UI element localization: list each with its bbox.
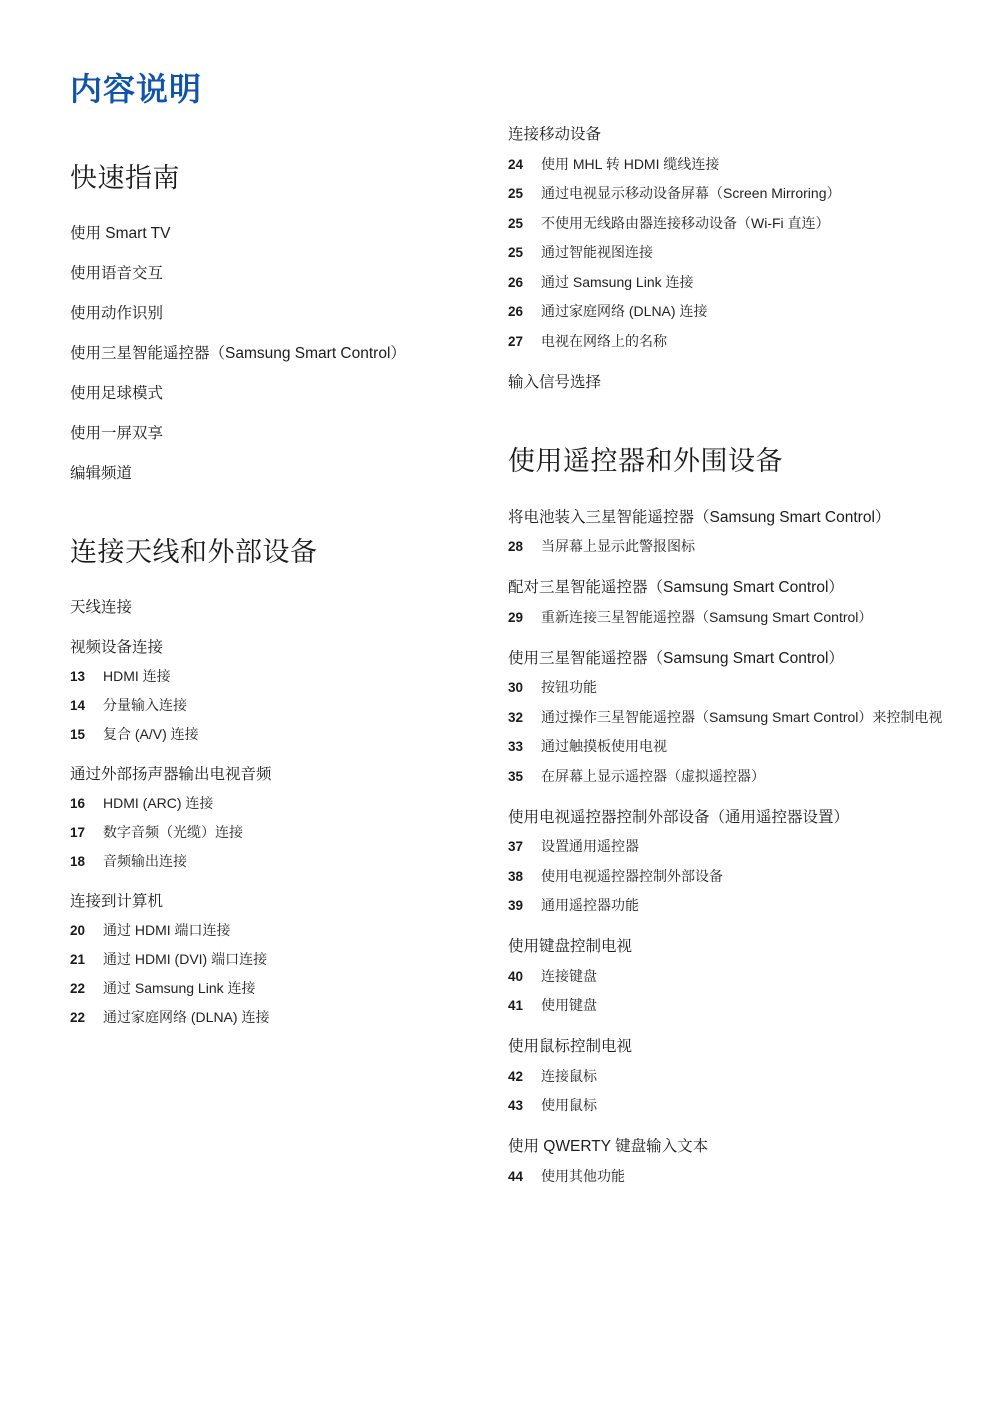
page-title: 内容说明	[70, 70, 202, 108]
toc-entry[interactable]: 25不使用无线路由器连接移动设备（Wi-Fi 直连）	[508, 215, 840, 232]
toc-entry-page-number: 13	[70, 669, 103, 685]
toc-entry-page-number: 21	[70, 952, 103, 968]
toc-entry-page-number: 27	[508, 334, 541, 350]
toc-group-title[interactable]: 视频设备连接	[70, 639, 199, 656]
toc-group-title[interactable]: 使用 QWERTY 键盘输入文本	[508, 1138, 708, 1155]
toc-group: 连接到计算机20通过 HDMI 端口连接21通过 HDMI (DVI) 端口连接…	[70, 893, 269, 1026]
toc-entry-page-number: 25	[508, 216, 541, 232]
toc-entry-label: 通过家庭网络 (DLNA) 连接	[541, 303, 707, 319]
toc-entry-label: 通过触摸板使用电视	[541, 738, 667, 754]
toc-group-title[interactable]: 输入信号选择	[508, 374, 601, 391]
toc-entry-label: 设置通用遥控器	[541, 838, 639, 854]
toc-entry-label: 使用键盘	[541, 997, 597, 1013]
toc-group: 使用语音交互	[70, 265, 163, 282]
toc-entry[interactable]: 38使用电视遥控器控制外部设备	[508, 868, 849, 885]
toc-group-title[interactable]: 通过外部扬声器输出电视音频	[70, 766, 272, 783]
toc-entry-page-number: 43	[508, 1098, 541, 1114]
toc-group: 天线连接	[70, 599, 132, 616]
toc-entry-label: 通过 HDMI 端口连接	[103, 922, 231, 938]
toc-entry-label: 分量输入连接	[103, 697, 187, 713]
toc-entry-page-number: 26	[508, 275, 541, 291]
toc-group: 使用三星智能遥控器（Samsung Smart Control）30按钮功能32…	[508, 650, 942, 785]
toc-entry-page-number: 14	[70, 698, 103, 714]
toc-entry-page-number: 39	[508, 898, 541, 914]
toc-group-title[interactable]: 使用语音交互	[70, 265, 163, 282]
toc-entry-page-number: 29	[508, 610, 541, 626]
toc-entry-page-number: 41	[508, 998, 541, 1014]
toc-entry[interactable]: 15复合 (A/V) 连接	[70, 726, 199, 743]
toc-column-right: 连接移动设备24使用 MHL 转 HDMI 缆线连接25通过电视显示移动设备屏幕…	[508, 126, 970, 1185]
toc-entry-label: HDMI 连接	[103, 668, 171, 684]
toc-group-title[interactable]: 使用动作识别	[70, 305, 163, 322]
toc-entry-label: 连接鼠标	[541, 1068, 597, 1084]
toc-group-title[interactable]: 配对三星智能遥控器（Samsung Smart Control）	[508, 579, 872, 596]
toc-entry-label: 电视在网络上的名称	[541, 333, 667, 349]
toc-group: 视频设备连接13HDMI 连接14分量输入连接15复合 (A/V) 连接	[70, 639, 199, 743]
toc-entry-label: 通过操作三星智能遥控器（Samsung Smart Control）来控制电视	[541, 709, 942, 725]
toc-entry[interactable]: 30按钮功能	[508, 679, 942, 696]
toc-entry-page-number: 20	[70, 923, 103, 939]
toc-entry[interactable]: 24使用 MHL 转 HDMI 缆线连接	[508, 156, 840, 173]
toc-group-title[interactable]: 连接到计算机	[70, 893, 269, 910]
toc-entry-page-number: 37	[508, 839, 541, 855]
toc-entry[interactable]: 17数字音频（光缆）连接	[70, 824, 272, 841]
toc-entry-page-number: 42	[508, 1069, 541, 1085]
toc-entry[interactable]: 21通过 HDMI (DVI) 端口连接	[70, 951, 269, 968]
manual-toc-page: 内容说明快速指南使用 Smart TV使用语音交互使用动作识别使用三星智能遥控器…	[0, 0, 993, 1404]
toc-entry[interactable]: 32通过操作三星智能遥控器（Samsung Smart Control）来控制电…	[508, 709, 942, 726]
toc-entry-page-number: 26	[508, 304, 541, 320]
toc-entry[interactable]: 16HDMI (ARC) 连接	[70, 795, 272, 812]
toc-entry[interactable]: 37设置通用遥控器	[508, 838, 849, 855]
toc-entry-page-number: 40	[508, 969, 541, 985]
toc-group: 使用三星智能遥控器（Samsung Smart Control）	[70, 345, 406, 362]
toc-group-title[interactable]: 编辑频道	[70, 465, 132, 482]
toc-group-title[interactable]: 使用三星智能遥控器（Samsung Smart Control）	[70, 345, 406, 362]
toc-entry[interactable]: 35在屏幕上显示遥控器（虚拟遥控器）	[508, 768, 942, 785]
toc-entry[interactable]: 25通过电视显示移动设备屏幕（Screen Mirroring）	[508, 185, 840, 202]
toc-section-heading[interactable]: 连接天线和外部设备	[70, 536, 318, 568]
toc-entry[interactable]: 18音频输出连接	[70, 853, 272, 870]
toc-entry-label: 使用 MHL 转 HDMI 缆线连接	[541, 156, 719, 172]
toc-group: 编辑频道	[70, 465, 132, 482]
toc-entry[interactable]: 25通过智能视图连接	[508, 244, 840, 261]
toc-entry-page-number: 44	[508, 1169, 541, 1185]
toc-entry-label: 音频输出连接	[103, 853, 187, 869]
toc-entry[interactable]: 43使用鼠标	[508, 1097, 632, 1114]
toc-entry[interactable]: 33通过触摸板使用电视	[508, 738, 942, 755]
toc-entry-page-number: 17	[70, 825, 103, 841]
toc-entry[interactable]: 28当屏幕上显示此警报图标	[508, 538, 890, 555]
toc-entry[interactable]: 42连接鼠标	[508, 1068, 632, 1085]
toc-entry-page-number: 30	[508, 680, 541, 696]
toc-entry-label: 数字音频（光缆）连接	[103, 824, 243, 840]
toc-group: 使用一屏双享	[70, 425, 163, 442]
toc-entry-label: 不使用无线路由器连接移动设备（Wi-Fi 直连）	[541, 215, 830, 231]
toc-group-title[interactable]: 使用电视遥控器控制外部设备（通用遥控器设置）	[508, 809, 849, 826]
toc-entry[interactable]: 27电视在网络上的名称	[508, 333, 840, 350]
toc-entry-page-number: 16	[70, 796, 103, 812]
toc-group-title[interactable]: 连接移动设备	[508, 126, 840, 143]
toc-entry-label: 连接键盘	[541, 968, 597, 984]
toc-entry-label: 通过 Samsung Link 连接	[103, 980, 256, 996]
toc-entry-label: 使用其他功能	[541, 1168, 625, 1184]
toc-entry[interactable]: 13HDMI 连接	[70, 668, 199, 685]
toc-entry-label: 在屏幕上显示遥控器（虚拟遥控器）	[541, 768, 765, 784]
toc-entry[interactable]: 26通过家庭网络 (DLNA) 连接	[508, 303, 840, 320]
toc-group-title[interactable]: 使用一屏双享	[70, 425, 163, 442]
toc-group-title[interactable]: 天线连接	[70, 599, 132, 616]
toc-entry[interactable]: 44使用其他功能	[508, 1168, 708, 1185]
toc-entry-page-number: 25	[508, 245, 541, 261]
toc-group: 使用 QWERTY 键盘输入文本44使用其他功能	[508, 1138, 708, 1185]
toc-entry-page-number: 38	[508, 869, 541, 885]
toc-entry[interactable]: 22通过家庭网络 (DLNA) 连接	[70, 1009, 269, 1026]
toc-group: 使用足球模式	[70, 385, 163, 402]
toc-entry-page-number: 35	[508, 769, 541, 785]
toc-column-left: 内容说明快速指南使用 Smart TV使用语音交互使用动作识别使用三星智能遥控器…	[70, 70, 495, 1026]
toc-entry-page-number: 18	[70, 854, 103, 870]
toc-entry[interactable]: 40连接键盘	[508, 968, 632, 985]
toc-entry-page-number: 25	[508, 186, 541, 202]
toc-group: 将电池装入三星智能遥控器（Samsung Smart Control）28当屏幕…	[508, 509, 890, 556]
toc-group: 通过外部扬声器输出电视音频16HDMI (ARC) 连接17数字音频（光缆）连接…	[70, 766, 272, 870]
toc-entry-label: HDMI (ARC) 连接	[103, 795, 213, 811]
toc-entry-label: 使用电视遥控器控制外部设备	[541, 868, 723, 884]
toc-group: 使用动作识别	[70, 305, 163, 322]
toc-entry-label: 通过智能视图连接	[541, 244, 653, 260]
toc-entry[interactable]: 20通过 HDMI 端口连接	[70, 922, 269, 939]
toc-entry-label: 通过 Samsung Link 连接	[541, 274, 694, 290]
toc-group-title[interactable]: 使用 Smart TV	[70, 225, 170, 242]
toc-entry-page-number: 28	[508, 539, 541, 555]
toc-group-title[interactable]: 将电池装入三星智能遥控器（Samsung Smart Control）	[508, 509, 890, 526]
toc-entry-page-number: 22	[70, 981, 103, 997]
toc-entry-page-number: 24	[508, 157, 541, 173]
toc-entry-page-number: 15	[70, 727, 103, 743]
toc-entry[interactable]: 26通过 Samsung Link 连接	[508, 274, 840, 291]
toc-group: 使用 Smart TV	[70, 225, 170, 242]
toc-section-heading[interactable]: 使用遥控器和外围设备	[508, 445, 783, 477]
toc-entry-label: 当屏幕上显示此警报图标	[541, 538, 695, 554]
toc-group: 连接移动设备24使用 MHL 转 HDMI 缆线连接25通过电视显示移动设备屏幕…	[508, 126, 840, 350]
toc-group-title[interactable]: 使用三星智能遥控器（Samsung Smart Control）	[508, 650, 942, 667]
toc-group-title[interactable]: 使用鼠标控制电视	[508, 1038, 632, 1055]
toc-entry-label: 通过电视显示移动设备屏幕（Screen Mirroring）	[541, 185, 840, 201]
toc-entry-label: 按钮功能	[541, 679, 597, 695]
toc-entry[interactable]: 29重新连接三星智能遥控器（Samsung Smart Control）	[508, 609, 872, 626]
toc-group: 使用键盘控制电视40连接键盘41使用键盘	[508, 938, 632, 1014]
toc-entry-label: 使用鼠标	[541, 1097, 597, 1113]
toc-entry-label: 通过 HDMI (DVI) 端口连接	[103, 951, 267, 967]
toc-group: 使用电视遥控器控制外部设备（通用遥控器设置）37设置通用遥控器38使用电视遥控器…	[508, 809, 849, 915]
toc-group-title[interactable]: 使用键盘控制电视	[508, 938, 632, 955]
toc-entry-page-number: 33	[508, 739, 541, 755]
toc-group: 输入信号选择	[508, 374, 601, 391]
toc-entry-label: 通用遥控器功能	[541, 897, 639, 913]
toc-entry[interactable]: 41使用键盘	[508, 997, 632, 1014]
toc-section-heading[interactable]: 快速指南	[70, 162, 180, 194]
toc-group: 使用鼠标控制电视42连接鼠标43使用鼠标	[508, 1038, 632, 1114]
toc-entry-page-number: 32	[508, 710, 541, 726]
toc-entry[interactable]: 22通过 Samsung Link 连接	[70, 980, 269, 997]
toc-entry-label: 重新连接三星智能遥控器（Samsung Smart Control）	[541, 609, 872, 625]
toc-entry-label: 通过家庭网络 (DLNA) 连接	[103, 1009, 269, 1025]
toc-entry[interactable]: 14分量输入连接	[70, 697, 199, 714]
toc-entry[interactable]: 39通用遥控器功能	[508, 897, 849, 914]
toc-group-title[interactable]: 使用足球模式	[70, 385, 163, 402]
toc-entry-label: 复合 (A/V) 连接	[103, 726, 199, 742]
toc-group: 配对三星智能遥控器（Samsung Smart Control）29重新连接三星…	[508, 579, 872, 626]
toc-entry-page-number: 22	[70, 1010, 103, 1026]
